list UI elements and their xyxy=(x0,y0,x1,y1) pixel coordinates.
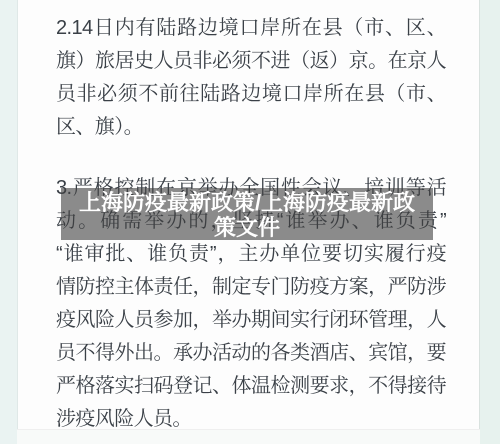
paragraph-line: 区、旗）。 xyxy=(56,111,446,144)
page-gutter-left xyxy=(0,0,18,444)
article-page: 2.14日内有陆路边境口岸所在县（市、区、 旗）旅居史人员非必须不进（返）京。在… xyxy=(0,0,500,444)
watermark-overlay: 上海防疫最新政策/上海防疫最新政 策文件 xyxy=(61,188,433,240)
page-gutter-right xyxy=(479,0,500,444)
paragraph-line: 疫风险人员参加，举办期间实行闭环管理，人 xyxy=(56,304,446,337)
paragraph-line: “谁审批、谁负责”，主办单位要切实履行疫 xyxy=(56,238,446,271)
paragraph-line: 情防控主体责任，制定专门防疫方案，严防涉 xyxy=(56,271,446,304)
paragraph-line: 严格落实扫码登记、体温检测要求，不得接待 xyxy=(56,370,446,403)
paragraph-line: 2.14日内有陆路边境口岸所在县（市、区、 xyxy=(56,12,446,45)
paragraph-line: 旗）旅居史人员非必须不进（返）京。在京人 xyxy=(56,45,446,78)
policy-paragraph-border-entry: 2.14日内有陆路边境口岸所在县（市、区、 旗）旅居史人员非必须不进（返）京。在… xyxy=(56,12,446,144)
paragraph-line: 员不得外出。承办活动的各类酒店、宾馆，要 xyxy=(56,337,446,370)
paragraph-line: 员非必须不前往陆路边境口岸所在县（市、 xyxy=(56,78,446,111)
watermark-title-line-2: 策文件 xyxy=(61,215,433,240)
page-footer-strip xyxy=(17,429,480,444)
watermark-title-line-1: 上海防疫最新政策/上海防疫最新政 xyxy=(61,190,433,215)
